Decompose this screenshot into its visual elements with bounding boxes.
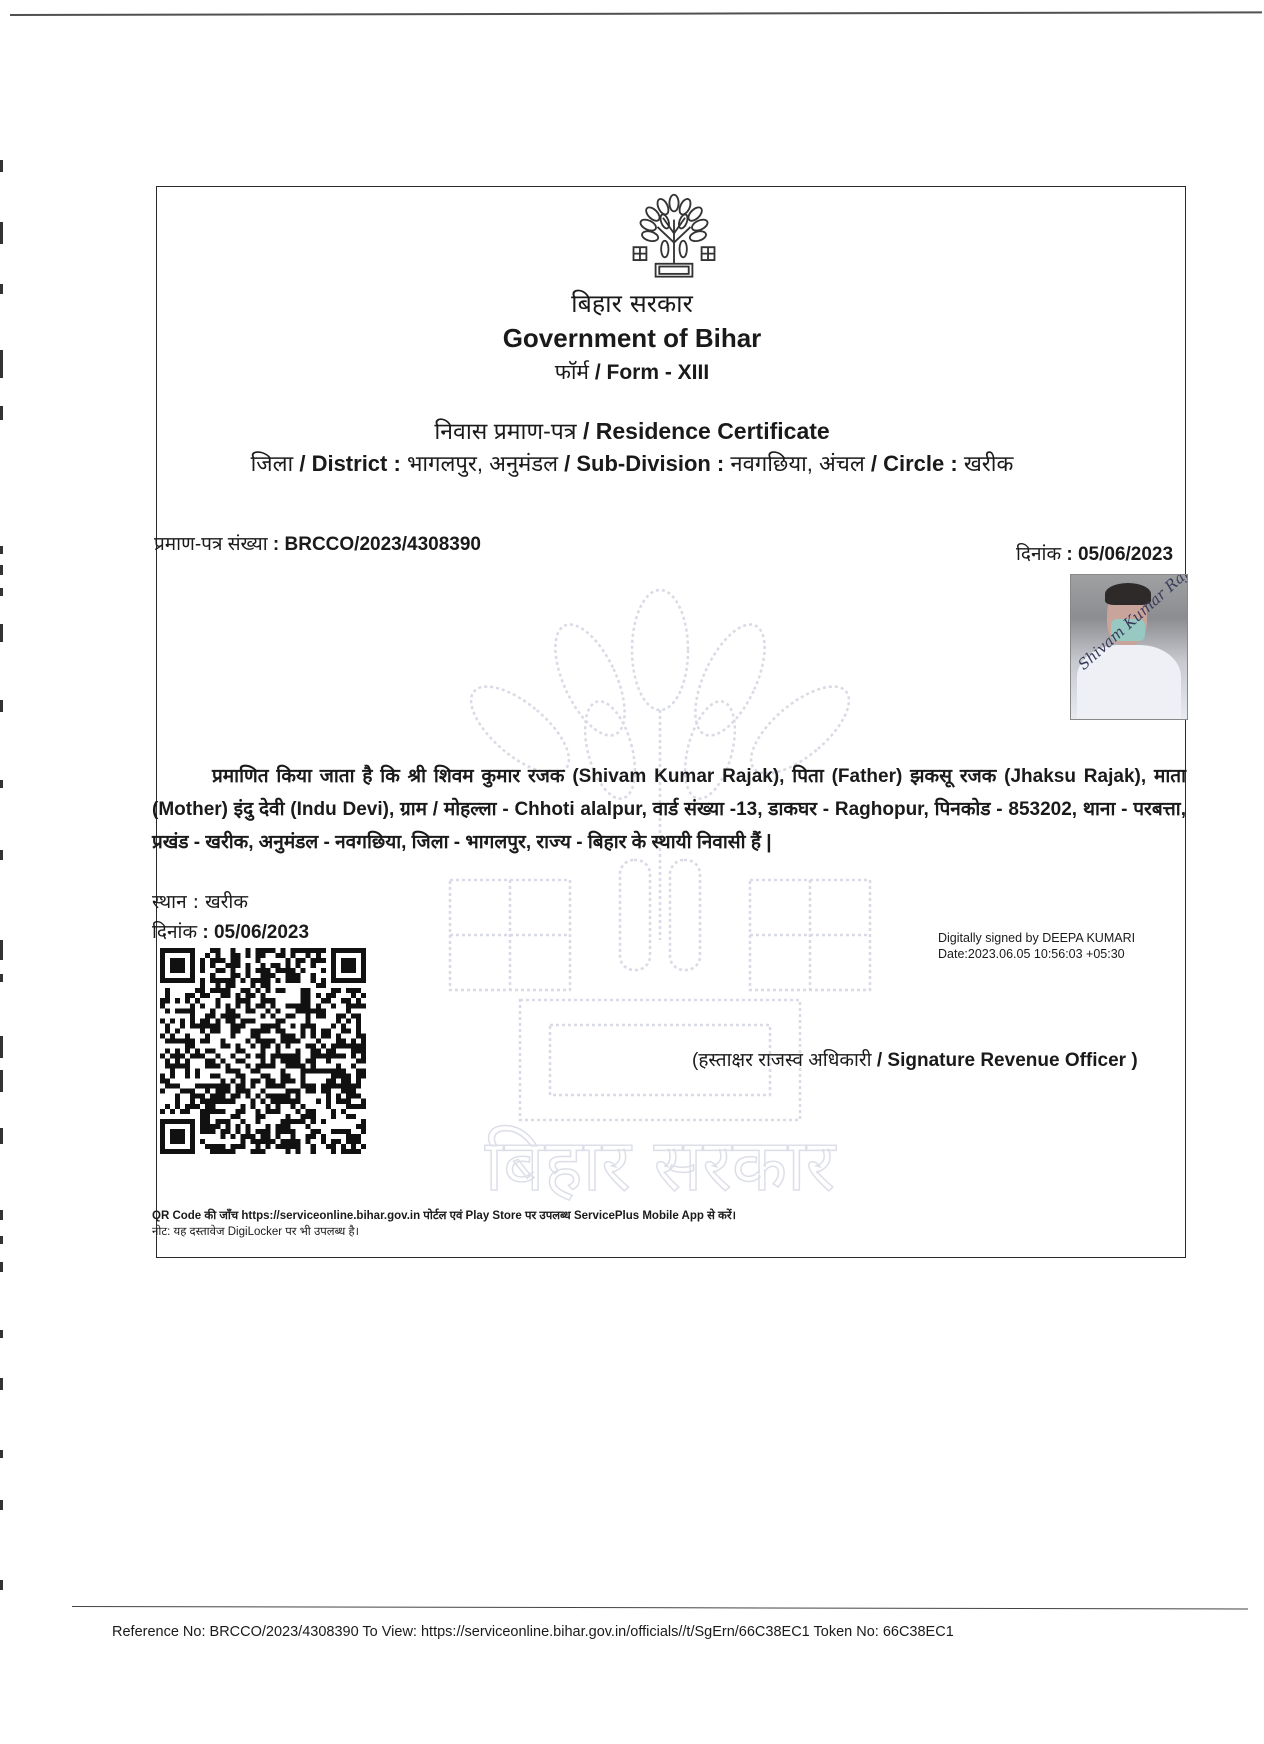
qr-note-line: QR Code की जाँच https://serviceonline.bi… — [152, 1208, 736, 1224]
district-value: भागलपुर, — [407, 451, 483, 476]
applicant-photo: Shivam Kumar Rajak — [1070, 574, 1188, 720]
circle-label: / Circle : — [871, 451, 958, 476]
jurisdiction-line: जिला / District : भागलपुर, अनुमंडल / Sub… — [0, 448, 1264, 478]
digilocker-note: नोट: यह दस्तावेज DigiLocker पर भी उपलब्ध… — [152, 1224, 736, 1240]
place-date-label: दिनांक — [152, 922, 197, 943]
scan-top-edge-line — [10, 11, 1262, 16]
circle-label-hindi: अंचल — [819, 451, 865, 476]
certificate-title: निवास प्रमाण-पत्र / Residence Certificat… — [0, 414, 1264, 446]
certificate-number-label: प्रमाण-पत्र संख्या — [154, 534, 268, 555]
bihar-emblem-icon — [628, 192, 720, 284]
form-number: फॉर्म / Form - XIII — [0, 358, 1264, 386]
scan-left-margin-marks — [0, 0, 4, 1744]
reference-line: Reference No: BRCCO/2023/4308390 To View… — [112, 1624, 954, 1640]
footer-divider — [72, 1606, 1248, 1609]
digital-signature-date: Date:2023.06.05 10:56:03 +05:30 — [938, 946, 1135, 962]
district-label: / District : — [299, 451, 400, 476]
govt-name-hindi: बिहार सरकार — [0, 286, 1264, 320]
certificate-number: प्रमाण-पत्र संख्या : BRCCO/2023/4308390 — [154, 530, 481, 556]
subdivision-label-hindi: अनुमंडल — [489, 451, 558, 476]
govt-name-english: Government of Bihar — [0, 323, 1264, 354]
subdivision-value: नवगछिया, — [730, 451, 813, 476]
issue-date-label: दिनांक — [1016, 544, 1061, 565]
emblem-watermark-icon: बिहार सरकार — [440, 580, 880, 1220]
signature-label-hindi: (हस्ताक्षर राजस्व अधिकारी — [692, 1050, 872, 1071]
certificate-title-english: / Residence Certificate — [583, 418, 830, 444]
issue-date-value: : 05/06/2023 — [1066, 544, 1173, 565]
certification-paragraph: प्रमाणित किया जाता है कि श्री शिवम कुमार… — [152, 760, 1186, 859]
digital-signature-signer: Digitally signed by DEEPA KUMARI — [938, 930, 1135, 946]
place-date: दिनांक : 05/06/2023 — [152, 918, 309, 944]
signature-label: (हस्ताक्षर राजस्व अधिकारी / Signature Re… — [692, 1046, 1138, 1072]
certificate-title-hindi: निवास प्रमाण-पत्र — [434, 418, 576, 444]
verification-qr-code[interactable] — [160, 948, 366, 1154]
certification-text: प्रमाणित किया जाता है कि श्री शिवम कुमार… — [152, 760, 1186, 859]
qr-verification-note: QR Code की जाँच https://serviceonline.bi… — [152, 1208, 736, 1240]
issue-date: दिनांक : 05/06/2023 — [1016, 540, 1173, 566]
watermark-text: बिहार सरकार — [485, 1123, 837, 1207]
certificate-number-value: : BRCCO/2023/4308390 — [273, 534, 481, 555]
form-label-hindi: फॉर्म — [555, 361, 589, 384]
circle-value: खरीक — [964, 451, 1014, 476]
district-label-hindi: जिला — [251, 451, 294, 476]
signature-label-english: / Signature Revenue Officer ) — [877, 1050, 1138, 1071]
place: स्थान : खरीक — [152, 888, 248, 914]
subdivision-label: / Sub-Division : — [564, 451, 724, 476]
form-label-english: / Form - XIII — [595, 361, 709, 384]
digital-signature: Digitally signed by DEEPA KUMARI Date:20… — [938, 930, 1135, 962]
place-date-value: : 05/06/2023 — [202, 922, 309, 943]
